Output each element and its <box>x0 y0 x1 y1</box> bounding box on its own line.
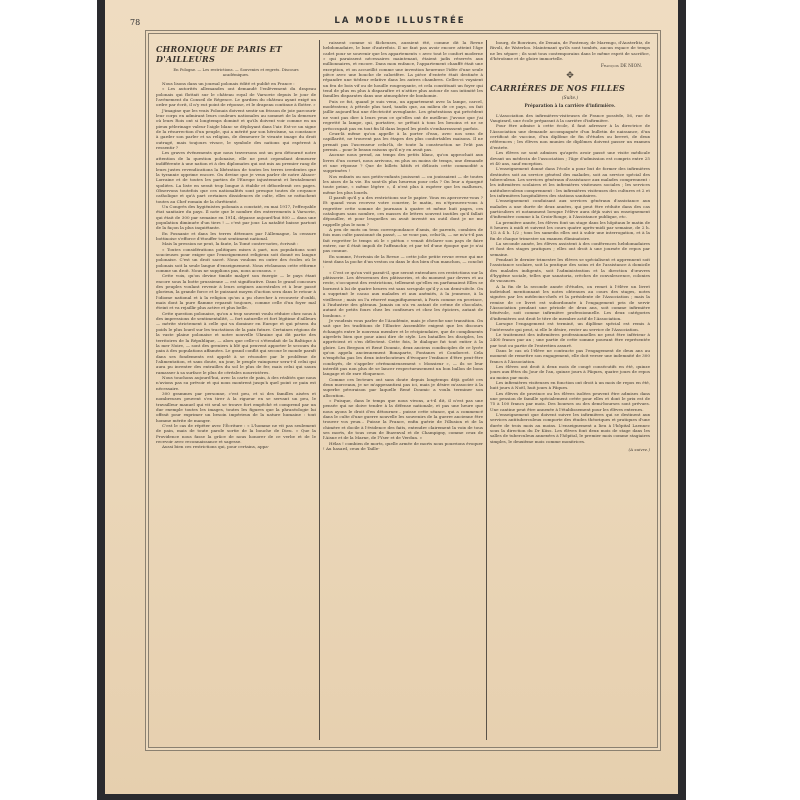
paragraph: J'imagine que les vrais Polonais doivent… <box>156 108 316 151</box>
paragraph: Dans le cas où l'élève ne contracte pas … <box>490 348 650 364</box>
article-body: Nous lisons dans un journal polonais édi… <box>156 81 316 450</box>
paragraph: Il paraît qu'il y a des restrictions sur… <box>323 195 483 227</box>
paragraph: Les élèves ont droit à deux mois de cong… <box>490 364 650 380</box>
paragraph: Hélas ! combien de morts, quelle armée d… <box>323 441 483 452</box>
paragraph: A la fin de la seconde année d'études, o… <box>490 284 650 321</box>
paragraph: Les élèves de province ou les élèves iso… <box>490 391 650 412</box>
paragraph: C'est le cas de répéter avec l'Écriture … <box>156 423 316 444</box>
column-rule <box>486 40 487 740</box>
paragraph: Aussi bien ces restrictions qui, pour ce… <box>156 444 316 449</box>
scan-left-edge <box>97 0 105 800</box>
scan-bottom-edge <box>105 794 680 800</box>
paragraph: Cette question polonaise, qu'on a trop s… <box>156 311 316 375</box>
paragraph: bourg, de Bouvines, de Denain, de Fonten… <box>490 40 650 61</box>
paragraph: Aucune nous prend, au temps des petits b… <box>323 152 483 173</box>
paragraph: En somme, l'écrivain de la Revue — cette… <box>323 254 483 270</box>
paragraph: Lorsque l'engagement est terminé, un dip… <box>490 321 650 332</box>
paragraph: Je voudrais vous parler de l'Académie, m… <box>323 318 483 377</box>
article-title: Chronique de Paris et d'ailleurs <box>156 44 316 64</box>
article-title: Carrières de nos filles <box>490 83 650 93</box>
paragraph: En Posnanie et dans les terres détenues … <box>156 231 316 242</box>
paragraph: 300 grammes par personne, c'est peu, et … <box>156 391 316 423</box>
paragraph: Ceux-là même qu'on appelle à la porter d… <box>323 131 483 152</box>
ornament-icon: ✥ <box>490 74 650 79</box>
paragraph: Un Congrès des hygiénistes polonais a co… <box>156 204 316 231</box>
paragraph: Nous touchons aujourd'hui, avec la carte… <box>156 375 316 391</box>
column-2: raissent comme si fâcheuses, auraient ét… <box>323 40 483 740</box>
paragraph: « Toutes considérations politiques mises… <box>156 247 316 274</box>
paragraph: « Puisque, dans le temps que nous vivons… <box>323 398 483 441</box>
paragraph: raissent comme si fâcheuses, auraient ét… <box>323 40 483 99</box>
paragraph: Nos enfants ou nos petits-enfants jouiss… <box>323 174 483 195</box>
scan-right-edge <box>678 0 686 800</box>
paragraph: Comme ces lecteurs ont sans doute depuis… <box>323 377 483 398</box>
column-1: Chronique de Paris et d'ailleurs En Polo… <box>156 40 316 740</box>
paragraph: L'enseignement donné dans l'école a pour… <box>490 166 650 198</box>
paragraph: « C'est ce qu'on voit parait-il, que ser… <box>323 270 483 318</box>
paragraph: Pendant le dernier trimestre les élèves … <box>490 257 650 284</box>
paragraph: Pour être admise à cette école, il faut … <box>490 123 650 150</box>
column-rule <box>319 40 320 740</box>
article-subtitle: En Pologne. — Les restrictions. — Souven… <box>162 67 310 77</box>
paragraph: La seconde année, les élèves assistent à… <box>490 241 650 257</box>
section-heading: Préparation à la carrière d'infirmière. <box>490 104 650 109</box>
to-be-continued: (A suivre.) <box>490 447 650 452</box>
paragraph: Mais la pression ne peut, la faute, la T… <box>156 241 316 246</box>
article-subtitle: (Suite.) <box>490 96 650 101</box>
paragraph: Puis ce fut, quand je suis venu, un appa… <box>323 99 483 131</box>
paragraph: A peu de mots on tenu correspondance d'a… <box>323 227 483 254</box>
article-body-continued: raissent comme si fâcheuses, auraient ét… <box>323 40 483 451</box>
running-head: LA MODE ILLUSTRÉE <box>0 16 800 26</box>
paragraph: Les graves événements que nous traverson… <box>156 150 316 203</box>
paragraph: La première année, les élèves font un st… <box>490 220 650 241</box>
paragraph: « Les autorités allemandes ont demandé l… <box>156 86 316 107</box>
paragraph: L'enseignement que doivent suivre les in… <box>490 412 650 444</box>
paragraph: L'enseignement conduisant aux services g… <box>490 198 650 219</box>
paragraph: Les élèves ne sont admises qu'après avoi… <box>490 150 650 166</box>
paragraph: Cette voix, qu'on devine timide malgré s… <box>156 273 316 310</box>
article-body: L'Association des infirmières-visiteuses… <box>490 113 650 444</box>
paragraph: Le traitement des infirmières profession… <box>490 332 650 348</box>
column-3: bourg, de Bouvines, de Denain, de Fonten… <box>490 40 650 740</box>
author-signature: François DE NION. <box>490 64 642 69</box>
article-body-end: bourg, de Bouvines, de Denain, de Fonten… <box>490 40 650 61</box>
paragraph: Les infirmières visiteuses en fonction o… <box>490 380 650 391</box>
paragraph: L'Association des infirmières-visiteuses… <box>490 113 650 124</box>
